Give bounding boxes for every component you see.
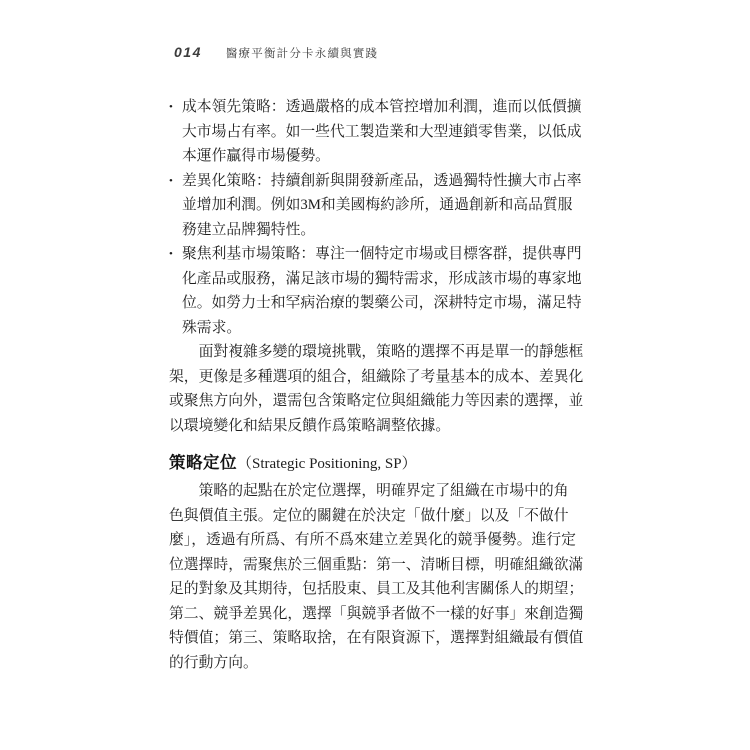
page-header: 014 醫療平衡計分卡永續與實踐	[174, 44, 378, 61]
section-title-en: （Strategic Positioning, SP）	[237, 456, 417, 472]
strategy-bullet-list: •成本領先策略：透過嚴格的成本管控增加利潤，進而以低價擴大市場占有率。如一些代工…	[169, 95, 585, 340]
text-line: 第二、競爭差異化，選擇「與競爭者做不一樣的好事」來創造獨	[169, 602, 585, 627]
text-line: 架，更像是多種選項的組合，組織除了考量基本的成本、差異化	[169, 365, 585, 390]
text-line: 以環境變化和結果反饋作爲策略調整依據。	[169, 414, 585, 439]
text-line: 特價值；第三、策略取捨，在有限資源下，選擇對組織最有價值	[169, 626, 585, 651]
text-line: 的行動方向。	[169, 651, 585, 676]
bullet-item: •聚焦利基市場策略：專注一個特定市場或目標客群，提供專門化產品或服務，滿足該市場…	[169, 242, 585, 340]
bullet-icon: •	[169, 242, 182, 340]
text-line: 化產品或服務，滿足該市場的獨特需求，形成該市場的專家地	[182, 267, 585, 292]
bullet-icon: •	[169, 95, 182, 169]
text-line: 聚焦利基市場策略：專注一個特定市場或目標客群，提供專門	[182, 242, 585, 267]
bullet-icon: •	[169, 169, 182, 243]
bullet-text: 成本領先策略：透過嚴格的成本管控增加利潤，進而以低價擴大市場占有率。如一些代工製…	[182, 95, 585, 169]
section-title-zh: 策略定位	[169, 454, 237, 472]
text-line: 位選擇時，需聚焦於三個重點：第一、清晰目標，明確組織欲滿	[169, 553, 585, 578]
text-line: 大市場占有率。如一些代工製造業和大型連鎖零售業，以低成	[182, 120, 585, 145]
text-line: 本運作贏得市場優勢。	[182, 144, 585, 169]
text-line: 足的對象及其期待，包括股東、員工及其他利害關係人的期望；	[169, 577, 585, 602]
text-line: 差異化策略：持續創新與開發新產品，透過獨特性擴大市占率	[182, 169, 585, 194]
text-line: 殊需求。	[182, 316, 585, 341]
paragraph-strategy-choice: 面對複雜多變的環境挑戰，策略的選擇不再是單一的靜態框架，更像是多種選項的組合，組…	[169, 340, 585, 438]
book-page: 014 醫療平衡計分卡永續與實踐 •成本領先策略：透過嚴格的成本管控增加利潤，進…	[0, 0, 750, 750]
text-line: 並增加利潤。例如3M和美國梅約診所，通過創新和高品質服	[182, 193, 585, 218]
text-line: 位。如勞力士和罕病治療的製藥公司，深耕特定市場，滿足特	[182, 291, 585, 316]
page-number: 014	[174, 44, 202, 60]
text-line: 麼」，透過有所爲、有所不爲來建立差異化的競爭優勢。進行定	[169, 528, 585, 553]
text-line: 成本領先策略：透過嚴格的成本管控增加利潤，進而以低價擴	[182, 95, 585, 120]
text-line: 色與價值主張。定位的關鍵在於決定「做什麼」以及「不做什	[169, 504, 585, 529]
bullet-text: 差異化策略：持續創新與開發新產品，透過獨特性擴大市占率並增加利潤。例如3M和美國…	[182, 169, 585, 243]
section-heading: 策略定位（Strategic Positioning, SP）	[169, 451, 585, 477]
text-line: 面對複雜多變的環境挑戰，策略的選擇不再是單一的靜態框	[169, 340, 585, 365]
page-content: •成本領先策略：透過嚴格的成本管控增加利潤，進而以低價擴大市場占有率。如一些代工…	[169, 95, 585, 675]
text-line: 或聚焦方向外，還需包含策略定位與組織能力等因素的選擇，並	[169, 389, 585, 414]
bullet-text: 聚焦利基市場策略：專注一個特定市場或目標客群，提供專門化產品或服務，滿足該市場的…	[182, 242, 585, 340]
book-title: 醫療平衡計分卡永續與實踐	[226, 45, 378, 61]
bullet-item: •差異化策略：持續創新與開發新產品，透過獨特性擴大市占率並增加利潤。例如3M和美…	[169, 169, 585, 243]
text-line: 務建立品牌獨特性。	[182, 218, 585, 243]
text-line: 策略的起點在於定位選擇，明確界定了組織在市場中的角	[169, 479, 585, 504]
paragraph-strategic-positioning: 策略的起點在於定位選擇，明確界定了組織在市場中的角色與價值主張。定位的關鍵在於決…	[169, 479, 585, 675]
bullet-item: •成本領先策略：透過嚴格的成本管控增加利潤，進而以低價擴大市場占有率。如一些代工…	[169, 95, 585, 169]
